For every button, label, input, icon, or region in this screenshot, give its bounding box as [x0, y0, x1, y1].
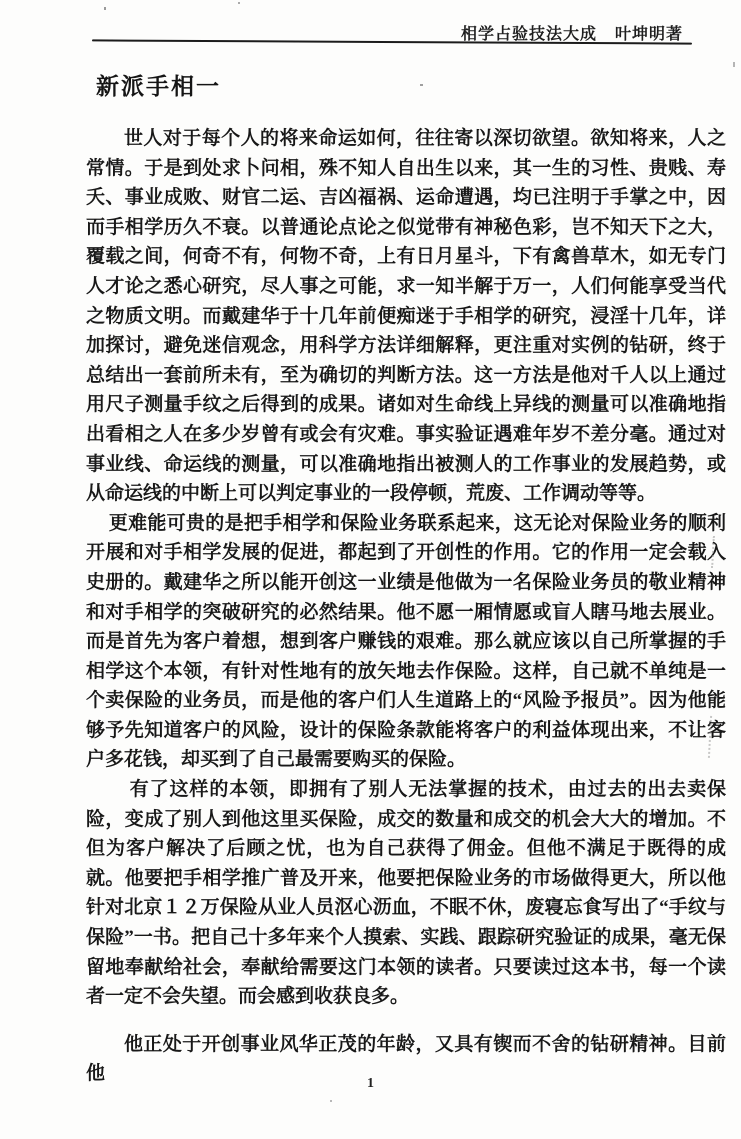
- scanned-book-page: 相学占验技法大成叶坤明著 新派手相一 世人对于每个人的将来命运如何，往往寄以深切…: [0, 0, 741, 1139]
- scan-speck: [238, 2, 240, 4]
- paragraph: 更难能可贵的是把手相学和保险业务联系起来，这无论对保险业务的顺利开展和对手相学发…: [86, 509, 726, 775]
- paragraph: 世人对于每个人的将来命运如何，往往寄以深切欲望。欲知将来，人之常情。于是到处求卜…: [86, 124, 726, 509]
- section-title: 新派手相一: [96, 68, 221, 101]
- scan-speck: [104, 7, 106, 10]
- paragraph: 有了这样的本领，即拥有了别人无法掌握的技术，由过去的出去卖保险，变成了别人到他这…: [86, 775, 726, 1012]
- book-title: 相学占验技法大成: [461, 26, 597, 43]
- scan-speck: [330, 1100, 332, 1102]
- scan-speck: [420, 84, 423, 86]
- author-name: 叶坤明著: [615, 26, 683, 43]
- body-text: 世人对于每个人的将来命运如何，往往寄以深切欲望。欲知将来，人之常情。于是到处求卜…: [86, 124, 726, 1089]
- page-number: 1: [0, 1076, 741, 1092]
- scan-speck: [733, 62, 735, 67]
